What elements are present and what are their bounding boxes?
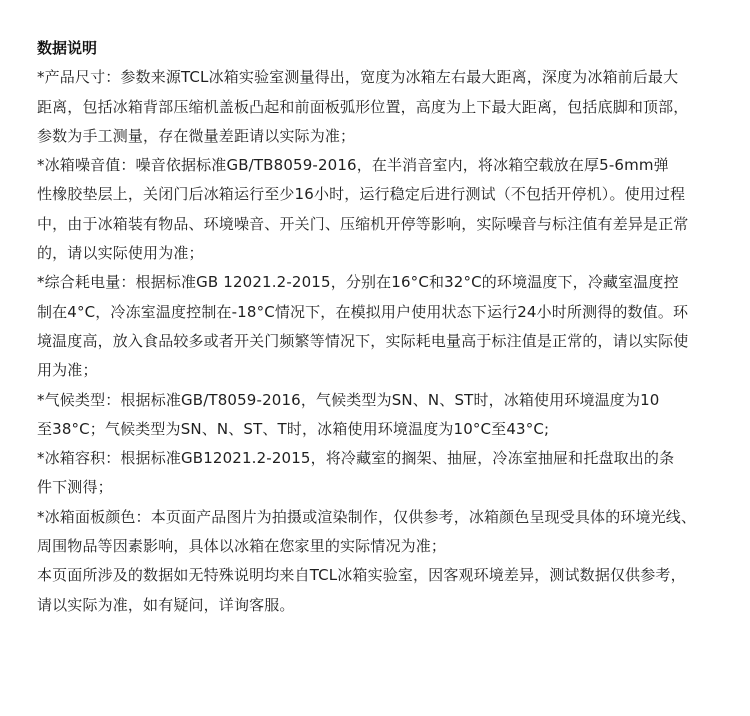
text-line: *冰箱面板颜色：本页面产品图片为拍摄或渲染制作，仅供参考，冰箱颜色呈现受具体的环… — [37, 503, 727, 532]
text-line: *冰箱噪音值：噪音依据标准GB/TB8059-2016，在半消音室内，将冰箱空载… — [37, 151, 727, 180]
text-line: 件下测得； — [37, 473, 727, 502]
text-line: *综合耗电量：根据标准GB 12021.2-2015，分别在16°C和32°C的… — [37, 268, 727, 297]
text-line: 的，请以实际使用为准； — [37, 239, 727, 268]
document-title: 数据说明 — [37, 34, 727, 63]
text-line: 中，由于冰箱装有物品、环境噪音、开关门、压缩机开停等影响，实际噪音与标注值有差异… — [37, 210, 727, 239]
text-line: 境温度高，放入食品较多或者开关门频繁等情况下，实际耗电量高于标注值是正常的，请以… — [37, 327, 727, 356]
text-line: *产品尺寸：参数来源TCL冰箱实验室测量得出，宽度为冰箱左右最大距离，深度为冰箱… — [37, 63, 727, 92]
text-line: 本页面所涉及的数据如无特殊说明均来自TCL冰箱实验室，因客观环境差异，测试数据仅… — [37, 561, 727, 590]
text-line: 请以实际为准，如有疑问，详询客服。 — [37, 591, 727, 620]
text-line: 至38°C；气候类型为SN、N、ST、T时，冰箱使用环境温度为10°C至43°C… — [37, 415, 727, 444]
text-line: 距离，包括冰箱背部压缩机盖板凸起和前面板弧形位置，高度为上下最大距离，包括底脚和… — [37, 93, 727, 122]
text-line: *气候类型：根据标准GB/T8059-2016，气候类型为SN、N、ST时，冰箱… — [37, 386, 727, 415]
text-line: 性橡胶垫层上，关闭门后冰箱运行至少16小时，运行稳定后进行测试（不包括开停机）。… — [37, 180, 727, 209]
text-line: 用为准； — [37, 356, 727, 385]
text-line: *冰箱容积：根据标准GB12021.2-2015，将冷藏室的搁架、抽屉，冷冻室抽… — [37, 444, 727, 473]
text-line: 制在4°C，冷冻室温度控制在-18°C情况下，在模拟用户使用状态下运行24小时所… — [37, 298, 727, 327]
data-notes-document: 数据说明 *产品尺寸：参数来源TCL冰箱实验室测量得出，宽度为冰箱左右最大距离，… — [37, 34, 727, 620]
text-line: 周围物品等因素影响，具体以冰箱在您家里的实际情况为准； — [37, 532, 727, 561]
text-line: 参数为手工测量，存在微量差距请以实际为准； — [37, 122, 727, 151]
